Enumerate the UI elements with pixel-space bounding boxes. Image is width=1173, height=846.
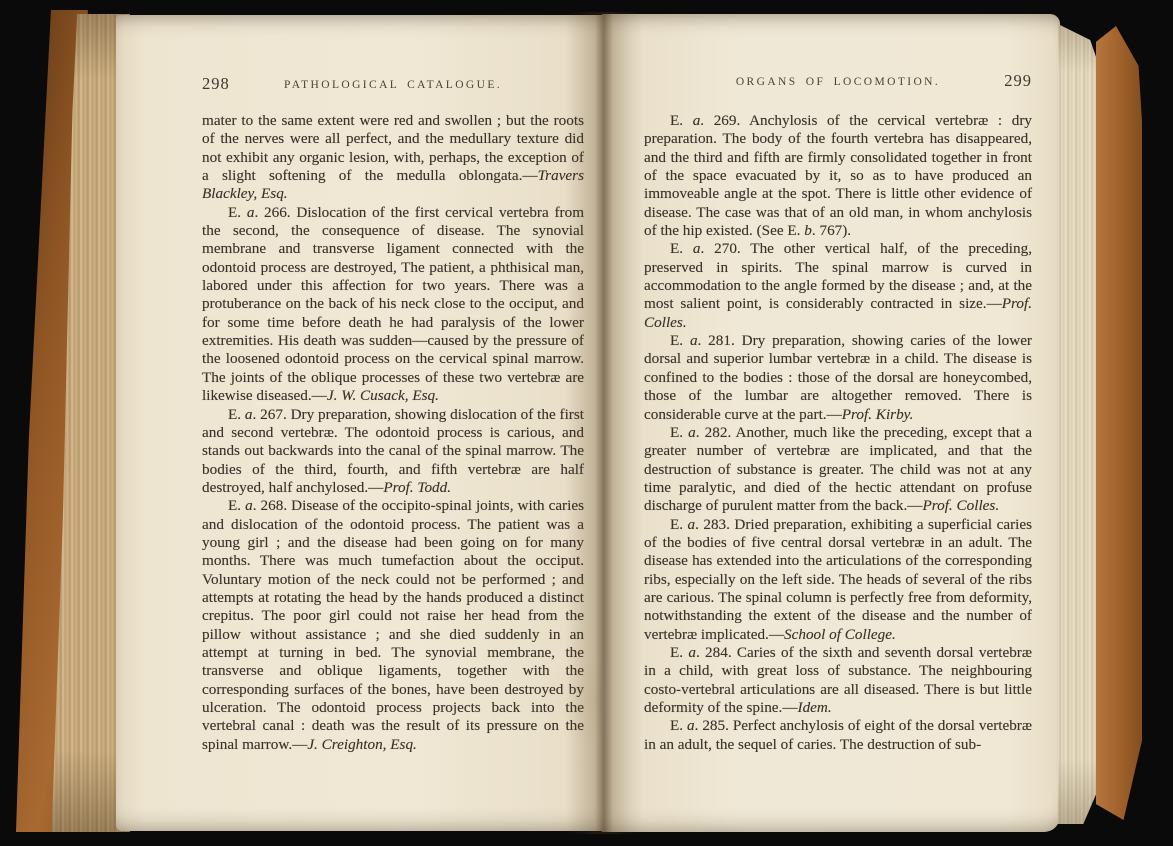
paragraph: E. a. 268. Disease of the occipito-spina… [202,497,584,754]
text-run: E. [670,240,693,257]
page-header-left: 298 PATHOLOGICAL CATALOGUE. [202,77,584,91]
text-run: . 283. Dried preparation, exhibiting a s… [644,516,1032,643]
italic-text: Idem. [798,699,832,716]
italic-text: a [690,332,698,349]
running-header-left: PATHOLOGICAL CATALOGUE. [202,77,584,91]
running-header-right: ORGANS OF LOCOMOTION. [644,74,1032,88]
text-run: . 266. Dislocation of the first cervical… [202,204,584,404]
italic-text: Prof. Kirby. [842,406,914,423]
paragraph: E. a. 283. Dried preparation, exhibiting… [644,516,1032,644]
text-run: . 269. Anchylosis of the cervical verteb… [644,112,1032,239]
text-run: E. [670,424,688,441]
text-run: . 270. The other vertical half, of the p… [644,240,1032,312]
italic-text: a [688,516,696,533]
text-run: mater to the same extent were red and sw… [202,112,584,184]
photo-background: 298 PATHOLOGICAL CATALOGUE. mater to the… [0,0,1173,846]
paragraph: E. a. 285. Perfect anchylosis of eight o… [644,717,1032,754]
italic-text: Prof. Todd. [383,479,451,496]
page-number-right: 299 [1004,71,1032,91]
italic-text: a [688,424,696,441]
text-run: . 268. Disease of the occipito-spinal jo… [202,497,584,752]
text-run: E. [670,516,688,533]
text-run: E. [670,644,688,661]
paragraph: E. a. 281. Dry preparation, showing cari… [644,332,1032,424]
page-header-right: ORGANS OF LOCOMOTION. 299 [644,74,1032,88]
text-run: E. [670,717,687,734]
italic-text: School of College. [784,626,896,643]
paragraph: E. a. 269. Anchylosis of the cervical ve… [644,112,1032,240]
italic-text: a [688,644,696,661]
page-left: 298 PATHOLOGICAL CATALOGUE. mater to the… [116,15,602,831]
italic-text: b [804,222,812,239]
paragraph: mater to the same extent were red and sw… [202,112,584,204]
italic-text: a [687,717,695,734]
text-run: . 285. Perfect anchylosis of eight of th… [644,717,1032,752]
italic-text: a [245,406,253,423]
paragraph: E. a. 270. The other vertical half, of t… [644,240,1032,332]
text-run: E. [670,332,690,349]
paragraph: E. a. 282. Another, much like the preced… [644,424,1032,516]
italic-text: J. W. Cusack, Esq. [327,387,439,404]
text-run: E. [228,406,245,423]
page-number-left: 298 [202,74,230,94]
book-cover-right [1096,26,1146,820]
italic-text: J. Creighton, Esq. [307,736,417,753]
paragraph: E. a. 266. Dislocation of the first cerv… [202,204,584,406]
text-run: . 767). [812,222,851,239]
page-text-right: E. a. 269. Anchylosis of the cervical ve… [644,112,1032,754]
italic-text: Prof. Colles. [922,497,999,514]
text-run: E. [228,497,245,514]
paragraph: E. a. 284. Caries of the sixth and seven… [644,644,1032,717]
text-run: E. [228,204,247,221]
italic-text: a [245,497,253,514]
page-text-left: mater to the same extent were red and sw… [202,112,584,754]
page-right: ORGANS OF LOCOMOTION. 299 E. a. 269. Anc… [602,14,1060,832]
text-run: . 284. Caries of the sixth and seventh d… [644,644,1032,716]
paragraph: E. a. 267. Dry preparation, showing disl… [202,406,584,498]
text-run: . 281. Dry preparation, showing caries o… [644,332,1032,422]
italic-text: a [693,240,701,257]
text-run: E. [670,112,693,129]
